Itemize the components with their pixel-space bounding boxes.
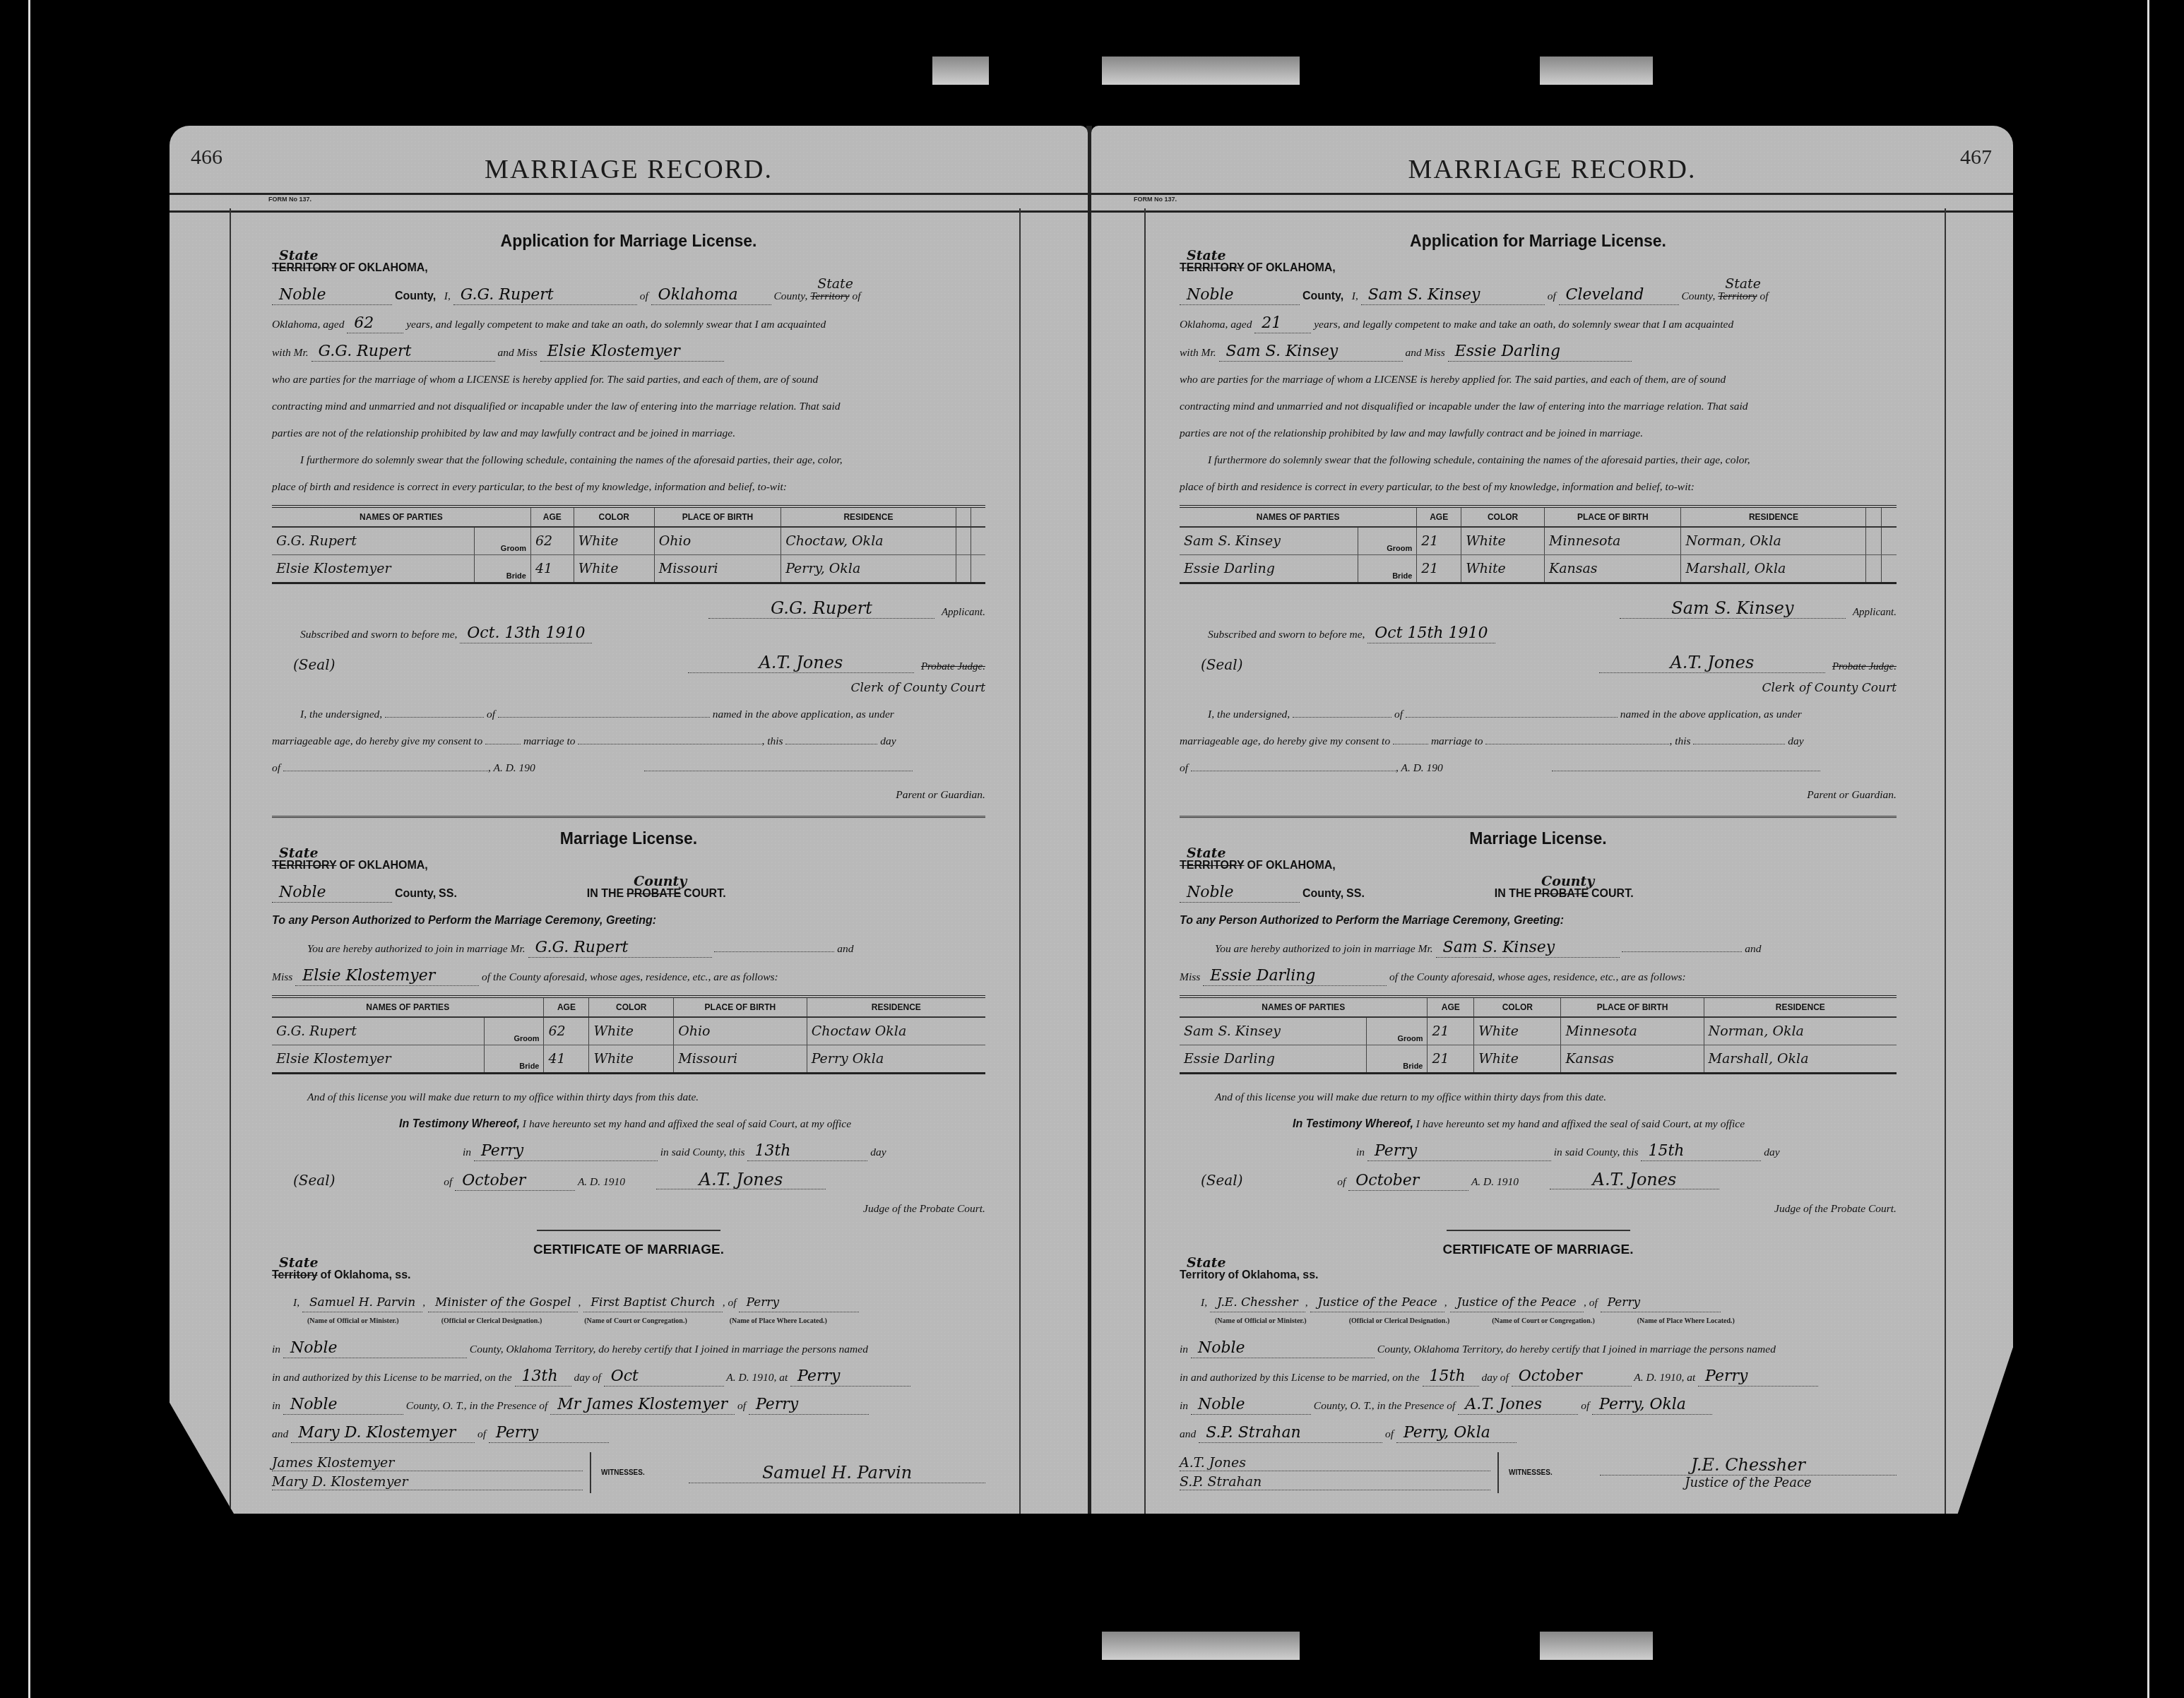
page-content: Application for Marriage License. TERRIT… [1180,232,1897,1493]
consent-line: I, the undersigned, of named in the abov… [1180,706,1897,724]
groom-name: G.G. Rupert [311,343,495,362]
application-section: Application for Marriage License. TERRIT… [1180,232,1897,805]
certificate-county-line: in Noble County, Oklahoma Territory, do … [1180,1339,1897,1359]
license-parties-table: NAMES OF PARTIES AGE COLOR PLACE OF BIRT… [1180,995,1897,1074]
certificate-official-line: I, Samuel H. Parvin, Minister of the Gos… [272,1293,985,1312]
return-notice: And of this license you will make due re… [1180,1088,1897,1107]
witness-signatures: James Klostemyer Mary D. Klostemyer [272,1452,591,1493]
jurisdiction: TERRITORYState [272,262,337,274]
officiant-signature: Samuel H. Parvin [689,1463,985,1483]
application-section: Application for Marriage License. TERRIT… [272,232,985,805]
application-parties-table: NAMES OF PARTIES AGE COLOR PLACE OF BIRT… [272,505,985,584]
county-name: Noble [272,286,392,305]
license-parties-table: NAMES OF PARTIES AGE COLOR PLACE OF BIRT… [272,995,985,1074]
application-paragraph: who are parties for the marriage of whom… [272,371,985,389]
applicant-age: 62 [347,314,403,333]
groom-name: Sam S. Kinsey [1219,343,1403,362]
application-paragraph: parties are not of the relationship proh… [1180,424,1897,443]
judge-signature: A.T. Jones [656,1170,826,1189]
film-edge-left [28,0,30,1698]
applicant-name: G.G. Rupert [453,286,637,305]
background-scrap [932,57,989,85]
consent-line: of , A. D. 190 [1180,759,1897,778]
witness-block: James Klostemyer Mary D. Klostemyer WITN… [272,1452,985,1493]
judge-title: Judge of the Probate Court. [1180,1200,1897,1218]
officiant-title: Justice of the Peace [1600,1476,1897,1490]
license-greeting: To any Person Authorized to Perform the … [272,912,985,930]
parent-guardian-label: Parent or Guardian. [272,786,985,805]
testimony-date-line: (Seal) of October A. D. 1910 A.T. Jones [1180,1170,1897,1192]
license-authorized-line: You are hereby authorized to join in mar… [272,939,985,958]
section-rule [537,1230,720,1231]
applicant-signature: G.G. Rupert [708,598,934,619]
application-title: Application for Marriage License. [1180,232,1897,251]
sworn-line: Subscribed and sworn to before me, Oct. … [272,624,985,644]
witness-signatures: A.T. Jones S.P. Strahan [1180,1452,1499,1493]
certificate-presence-line: in Noble County, O. T., in the Presence … [1180,1396,1897,1415]
official-signature: A.T. Jones [1599,653,1825,673]
license-jurisdiction-line: TERRITORYState OF OKLAHOMA, [272,857,985,875]
certificate-date-line: in and authorized by this License to be … [272,1367,985,1387]
table-row: Elsie Klostemyer Bride 41 White Missouri… [272,1045,985,1074]
certificate-section: CERTIFICATE OF MARRIAGE. TerritoryState … [272,1242,985,1493]
application-paragraph: contracting mind and unmarried and not d… [1180,398,1897,416]
consent-line: of , A. D. 190 [272,759,985,778]
applicant-county: Cleveland [1559,286,1679,305]
sworn-line: Subscribed and sworn to before me, Oct 1… [1180,624,1897,644]
license-jurisdiction-line: TERRITORYState OF OKLAHOMA, [1180,857,1897,875]
application-jurisdiction-line: TERRITORYState OF OKLAHOMA, [272,259,985,278]
seal-mark: (Seal) [293,656,335,673]
license-county-line: Noble County, SS. IN THE PROBATECounty C… [272,884,985,903]
certificate-presence-line: in Noble County, O. T., in the Presence … [272,1396,985,1415]
ledger-page-467: 467 MARRIAGE RECORD. FORM No 137. Applic… [1091,126,2013,1514]
license-section: Marriage License. TERRITORYState OF OKLA… [1180,829,1897,1218]
bride-name: Essie Darling [1448,343,1632,362]
certificate-jurisdiction: TerritoryState of Oklahoma, ss. [272,1266,985,1285]
license-bride-line: Miss Elsie Klostemyer of the County afor… [272,967,985,987]
application-paragraph: contracting mind and unmarried and not d… [272,398,985,416]
officiant-signature: J.E. Chessher [1600,1455,1897,1476]
certificate-date-line: in and authorized by this License to be … [1180,1367,1897,1387]
table-row: Essie Darling Bride 21 White Kansas Mars… [1180,1045,1897,1074]
officiant-signature-block: Samuel H. Parvin [689,1463,985,1483]
consent-line: marriageable age, do hereby give my cons… [272,732,985,751]
application-county-line: Noble County, I, Sam S. Kinsey of Clevel… [1180,286,1897,306]
sworn-date: Oct. 13th 1910 [460,624,592,643]
application-paragraph: I furthermore do solemnly swear that the… [1180,451,1897,470]
return-notice: And of this license you will make due re… [272,1088,985,1107]
official-signature: A.T. Jones [688,653,914,673]
certificate-title: CERTIFICATE OF MARRIAGE. [1180,1242,1897,1258]
consent-line: I, the undersigned, of named in the abov… [272,706,985,724]
application-age-line: Oklahoma, aged 62 years, and legally com… [272,314,985,334]
license-bride-line: Miss Essie Darling of the County aforesa… [1180,967,1897,987]
sworn-date: Oct 15th 1910 [1367,624,1495,643]
seal-mark: (Seal) [1201,656,1242,673]
application-paragraph: who are parties for the marriage of whom… [1180,371,1897,389]
certificate-title: CERTIFICATE OF MARRIAGE. [272,1242,985,1258]
judge-signature: A.T. Jones [1550,1170,1719,1189]
application-paragraph: place of birth and residence is correct … [1180,478,1897,497]
certificate-captions: (Name of Official or Minister.) (Officia… [272,1312,985,1331]
table-row: Sam S. Kinsey Groom 21 White Minnesota N… [1180,1017,1897,1045]
certificate-second-witness-line: and S.P. Strahan of Perry, Okla [1180,1424,1897,1444]
application-parties-table: NAMES OF PARTIES AGE COLOR PLACE OF BIRT… [1180,505,1897,584]
license-authorized-line: You are hereby authorized to join in mar… [1180,939,1897,958]
testimony-line: In Testimony Whereof, I have hereunto se… [272,1115,985,1134]
license-title: Marriage License. [1180,829,1897,848]
page-header-title: MARRIAGE RECORD. [1091,154,2013,185]
license-title: Marriage License. [272,829,985,848]
ledger-page-466: 466 MARRIAGE RECORD. FORM No 137. Applic… [170,126,1088,1514]
certificate-jurisdiction: TerritoryState of Oklahoma, ss. [1180,1266,1897,1285]
certificate-county-line: in Noble County, Oklahoma Territory, do … [272,1339,985,1359]
application-paragraph: parties are not of the relationship proh… [272,424,985,443]
testimony-line: In Testimony Whereof, I have hereunto se… [1180,1115,1897,1134]
certificate-captions: (Name of Official or Minister.) (Officia… [1180,1312,1897,1331]
application-paragraph: I furthermore do solemnly swear that the… [272,451,985,470]
page-content: Application for Marriage License. TERRIT… [272,232,985,1493]
applicant-signature-row: Sam S. Kinsey Applicant. [1180,598,1897,619]
table-row: G.G. Rupert Groom 62 White Ohio Choctaw … [272,1017,985,1045]
official-title-handwritten: Clerk of County Court [272,679,985,697]
certificate-second-witness-line: and Mary D. Klostemyer of Perry [272,1424,985,1444]
application-age-line: Oklahoma, aged 21 years, and legally com… [1180,314,1897,334]
judge-title: Judge of the Probate Court. [272,1200,985,1218]
certificate-official-line: I, J.E. Chessher, Justice of the Peace, … [1180,1293,1897,1312]
officiant-signature-block: J.E. Chessher Justice of the Peace [1600,1455,1897,1490]
section-divider [1180,816,1897,818]
applicant-name: Sam S. Kinsey [1361,286,1545,305]
license-county-line: Noble County, SS. IN THE PROBATECounty C… [1180,884,1897,903]
table-row: G.G. Rupert Groom 62 White Ohio Choctaw,… [272,527,985,555]
applicant-signature: Sam S. Kinsey [1620,598,1846,619]
open-ledger-book: 466 MARRIAGE RECORD. FORM No 137. Applic… [170,126,2013,1514]
application-parties-line: with Mr. Sam S. Kinsey and Miss Essie Da… [1180,343,1897,362]
background-scrap [1540,1632,1653,1660]
section-divider [272,816,985,818]
testimony-place-line: in Perry in said County, this 15th day [1180,1142,1897,1162]
witness-block: A.T. Jones S.P. Strahan WITNESSES. J.E. … [1180,1452,1897,1493]
application-parties-line: with Mr. G.G. Rupert and Miss Elsie Klos… [272,343,985,362]
license-section: Marriage License. TERRITORYState OF OKLA… [272,829,985,1218]
parent-guardian-label: Parent or Guardian. [1180,786,1897,805]
license-greeting: To any Person Authorized to Perform the … [1180,912,1897,930]
consent-line: marriageable age, do hereby give my cons… [1180,732,1897,751]
application-jurisdiction-line: TERRITORYState OF OKLAHOMA, [1180,259,1897,278]
certificate-section: CERTIFICATE OF MARRIAGE. TerritoryState … [1180,1242,1897,1493]
film-edge-right [2147,0,2149,1698]
applicant-signature-row: G.G. Rupert Applicant. [272,598,985,619]
form-number: FORM No 137. [268,196,311,203]
table-row: Essie Darling Bride 21 White Kansas Mars… [1180,555,1897,583]
background-scrap [1102,57,1300,85]
applicant-age: 21 [1254,314,1311,333]
county-name: Noble [1180,286,1300,305]
testimony-date-line: (Seal) of October A. D. 1910 A.T. Jones [272,1170,985,1192]
official-title-handwritten: Clerk of County Court [1180,679,1897,697]
application-paragraph: place of birth and residence is correct … [272,478,985,497]
bride-name: Elsie Klostemyer [540,343,724,362]
testimony-place-line: in Perry in said County, this 13th day [272,1142,985,1162]
official-signature-row: (Seal) A.T. Jones Probate Judge. [1180,653,1897,673]
table-row: Elsie Klostemyer Bride 41 White Missouri… [272,555,985,583]
page-header-title: MARRIAGE RECORD. [170,154,1088,185]
official-signature-row: (Seal) A.T. Jones Probate Judge. [272,653,985,673]
application-title: Application for Marriage License. [272,232,985,251]
section-rule [1447,1230,1630,1231]
application-county-line: Noble County, I, G.G. Rupert of Oklahoma… [272,286,985,306]
background-scrap [1540,57,1653,85]
form-number: FORM No 137. [1134,196,1177,203]
table-row: Sam S. Kinsey Groom 21 White Minnesota N… [1180,527,1897,555]
applicant-county: Oklahoma [651,286,771,305]
background-scrap [1102,1632,1300,1660]
